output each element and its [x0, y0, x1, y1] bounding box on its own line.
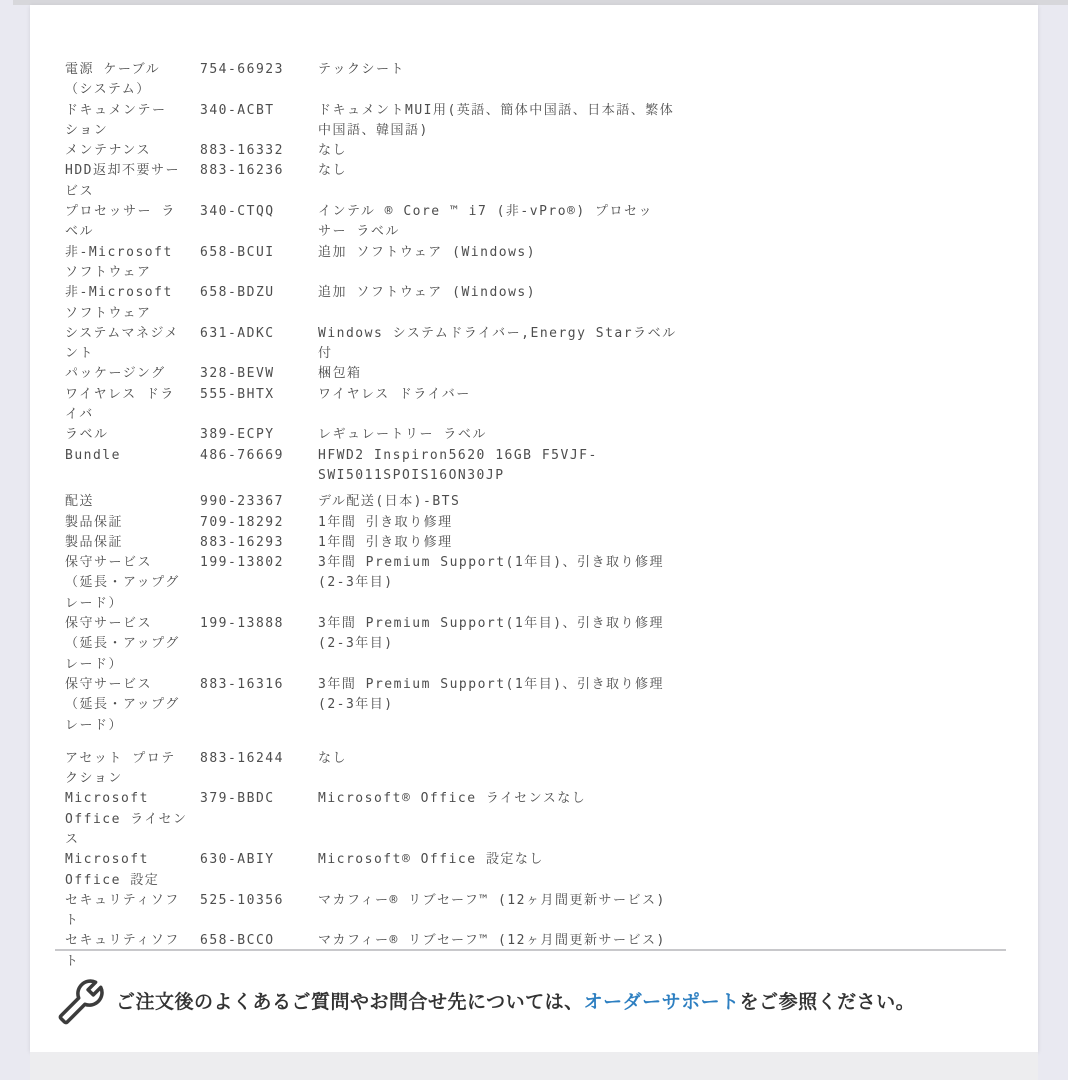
part-number: 486-76669 [200, 446, 300, 466]
item-name: Microsoft Office ライセンス [65, 789, 188, 850]
part-number: 555-BHTX [200, 385, 300, 405]
item-description: Microsoft® Office 設定なし [318, 850, 678, 870]
bottom-strip [30, 1052, 1038, 1080]
part-number: 883-16316 [200, 675, 300, 695]
table-row: アセット プロテクション 883-16244 なし [65, 749, 1005, 790]
part-number: 883-16236 [200, 161, 300, 181]
item-name: 製品保証 [65, 513, 188, 533]
item-name: 非-Microsoft ソフトウェア [65, 243, 188, 284]
table-row: システムマネジメント 631-ADKC Windows システムドライバー,En… [65, 324, 1005, 365]
item-name: ラベル [65, 425, 188, 445]
item-name: システムマネジメント [65, 324, 188, 365]
table-row: 保守サービス （延長・アップグレード） 883-16316 3年間 Premiu… [65, 675, 1005, 736]
item-description: 3年間 Premium Support(1年目)、引き取り修理(2-3年目) [318, 614, 678, 655]
item-description: HFWD2 Inspiron5620 16GB F5VJF-SWI5011SPO… [318, 446, 678, 487]
table-row: 保守サービス （延長・アップグレード） 199-13888 3年間 Premiu… [65, 614, 1005, 675]
wrench-icon [56, 973, 106, 1031]
item-name: セキュリティソフト [65, 931, 188, 972]
part-number: 658-BCUI [200, 243, 300, 263]
item-name: 製品保証 [65, 533, 188, 553]
footer-text: ご注文後のよくあるご質問やお問合せ先については、オーダーサポートをご参照ください… [116, 989, 915, 1015]
table-row: Microsoft Office ライセンス 379-BBDC Microsof… [65, 789, 1005, 850]
item-description: 追加 ソフトウェア (Windows) [318, 243, 678, 263]
item-name: 配送 [65, 492, 188, 512]
item-name: 保守サービス （延長・アップグレード） [65, 553, 188, 614]
part-number: 328-BEVW [200, 364, 300, 384]
item-name: ドキュメンテーション [65, 101, 188, 142]
item-description: デル配送(日本)-BTS [318, 492, 678, 512]
item-description: Windows システムドライバー,Energy Starラベル付 [318, 324, 678, 365]
part-number: 883-16244 [200, 749, 300, 769]
item-name: Bundle [65, 446, 188, 466]
item-name: プロセッサー ラベル [65, 202, 188, 243]
table-row: ドキュメンテーション 340-ACBT ドキュメントMUI用(英語、簡体中国語、… [65, 101, 1005, 142]
item-description: レギュレートリー ラベル [318, 425, 678, 445]
table-row: パッケージング 328-BEVW 梱包箱 [65, 364, 1005, 384]
item-description: テックシート [318, 60, 678, 80]
part-number: 525-10356 [200, 891, 300, 911]
part-number: 340-CTQQ [200, 202, 300, 222]
table-row: プロセッサー ラベル 340-CTQQ インテル ® Core ™ i7 (非-… [65, 202, 1005, 243]
table-row: 非-Microsoft ソフトウェア 658-BCUI 追加 ソフトウェア (W… [65, 243, 1005, 284]
item-name: HDD返却不要サービス [65, 161, 188, 202]
item-name: 電源 ケーブル （システム） [65, 60, 188, 101]
item-name: セキュリティソフト [65, 891, 188, 932]
table-row: 非-Microsoft ソフトウェア 658-BDZU 追加 ソフトウェア (W… [65, 283, 1005, 324]
part-number: 199-13888 [200, 614, 300, 634]
order-support-link[interactable]: オーダーサポート [584, 991, 740, 1013]
part-number: 340-ACBT [200, 101, 300, 121]
table-row: Microsoft Office 設定 630-ABIY Microsoft® … [65, 850, 1005, 891]
table-row: HDD返却不要サービス 883-16236 なし [65, 161, 1005, 202]
item-name: ワイヤレス ドライバ [65, 385, 188, 426]
order-support-note: ご注文後のよくあるご質問やお問合せ先については、オーダーサポートをご参照ください… [56, 973, 1006, 1031]
item-name: パッケージング [65, 364, 188, 384]
item-name: アセット プロテクション [65, 749, 188, 790]
item-description: なし [318, 141, 678, 161]
table-row: Bundle 486-76669 HFWD2 Inspiron5620 16GB… [65, 446, 1005, 487]
item-description: 3年間 Premium Support(1年目)、引き取り修理(2-3年目) [318, 553, 678, 594]
part-number: 709-18292 [200, 513, 300, 533]
table-row: 製品保証 709-18292 1年間 引き取り修理 [65, 513, 1005, 533]
table-row: 製品保証 883-16293 1年間 引き取り修理 [65, 533, 1005, 553]
item-name: 保守サービス （延長・アップグレード） [65, 675, 188, 736]
footer-divider [55, 949, 1006, 951]
item-description: ドキュメントMUI用(英語、簡体中国語、日本語、繁体中国語、韓国語) [318, 101, 678, 142]
part-number: 389-ECPY [200, 425, 300, 445]
table-row: メンテナンス 883-16332 なし [65, 141, 1005, 161]
item-description: なし [318, 161, 678, 181]
part-number: 630-ABIY [200, 850, 300, 870]
order-detail-card: 電源 ケーブル （システム） 754-66923 テックシート ドキュメンテーシ… [30, 5, 1038, 1052]
item-name: 非-Microsoft ソフトウェア [65, 283, 188, 324]
table-row: 配送 990-23367 デル配送(日本)-BTS [65, 492, 1005, 512]
item-description: ワイヤレス ドライバー [318, 385, 678, 405]
part-number: 658-BDZU [200, 283, 300, 303]
item-name: Microsoft Office 設定 [65, 850, 188, 891]
part-number: 883-16293 [200, 533, 300, 553]
item-description: マカフィー® リブセーフ™ (12ヶ月間更新サービス) [318, 891, 678, 911]
item-description: 3年間 Premium Support(1年目)、引き取り修理(2-3年目) [318, 675, 678, 716]
item-name: 保守サービス （延長・アップグレード） [65, 614, 188, 675]
part-number: 883-16332 [200, 141, 300, 161]
item-description: 追加 ソフトウェア (Windows) [318, 283, 678, 303]
item-description: なし [318, 749, 678, 769]
item-description: Microsoft® Office ライセンスなし [318, 789, 678, 809]
part-number: 199-13802 [200, 553, 300, 573]
item-description: 1年間 引き取り修理 [318, 533, 678, 553]
item-description: インテル ® Core ™ i7 (非-vPro®) プロセッサー ラベル [318, 202, 678, 243]
item-description: 梱包箱 [318, 364, 678, 384]
item-description: 1年間 引き取り修理 [318, 513, 678, 533]
table-row: ワイヤレス ドライバ 555-BHTX ワイヤレス ドライバー [65, 385, 1005, 426]
table-row: セキュリティソフト 658-BCCO マカフィー® リブセーフ™ (12ヶ月間更… [65, 931, 1005, 972]
part-number: 754-66923 [200, 60, 300, 80]
table-row: 保守サービス （延長・アップグレード） 199-13802 3年間 Premiu… [65, 553, 1005, 614]
table-row: セキュリティソフト 525-10356 マカフィー® リブセーフ™ (12ヶ月間… [65, 891, 1005, 932]
table-row: 電源 ケーブル （システム） 754-66923 テックシート [65, 60, 1005, 101]
part-number: 379-BBDC [200, 789, 300, 809]
table-row: ラベル 389-ECPY レギュレートリー ラベル [65, 425, 1005, 445]
footer-text-before: ご注文後のよくあるご質問やお問合せ先については、 [116, 991, 584, 1013]
part-number: 990-23367 [200, 492, 300, 512]
item-name: メンテナンス [65, 141, 188, 161]
spec-table: 電源 ケーブル （システム） 754-66923 テックシート ドキュメンテーシ… [65, 60, 1005, 972]
footer-text-after: をご参照ください。 [740, 991, 916, 1013]
part-number: 631-ADKC [200, 324, 300, 344]
